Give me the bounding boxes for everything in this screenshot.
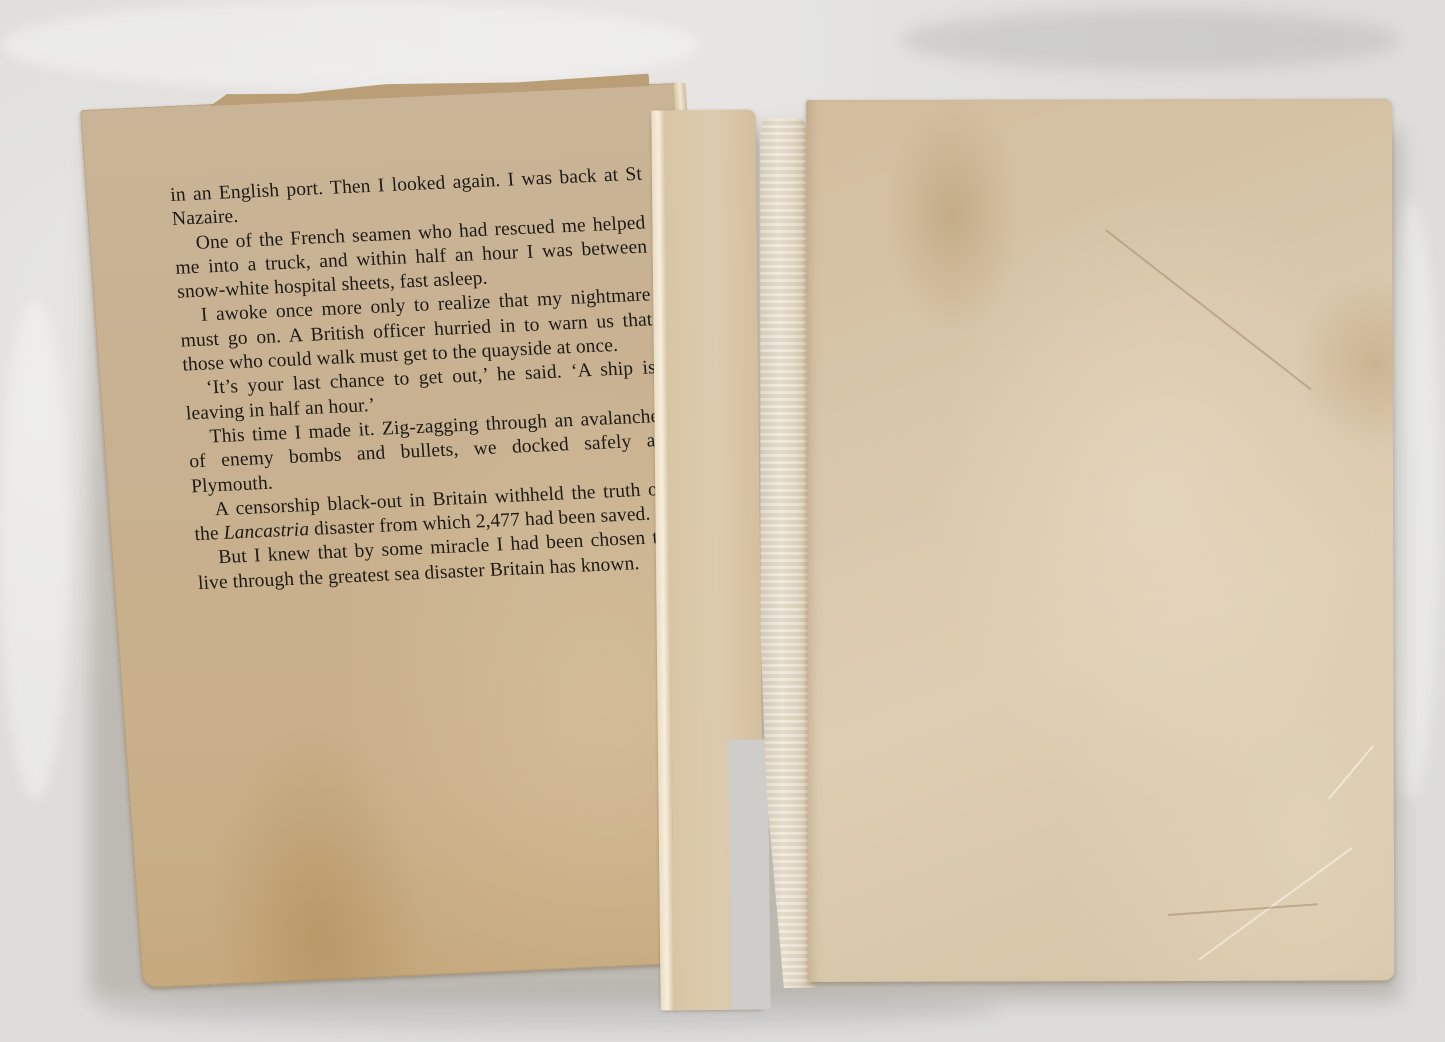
ship-name: Lancastria xyxy=(223,519,310,544)
cloth-highlight xyxy=(0,300,70,800)
crease-line xyxy=(1198,847,1352,960)
back-cover: in an English port. Then I looked again.… xyxy=(80,83,742,988)
crease-line xyxy=(1168,903,1318,915)
front-cover-inside xyxy=(806,98,1394,982)
crease-line xyxy=(1105,229,1311,390)
cloth-highlight xyxy=(0,0,700,90)
crease-line xyxy=(1328,745,1374,800)
cloth-shadow xyxy=(900,10,1400,70)
spine-panel xyxy=(651,109,764,1010)
spine-tear-gap xyxy=(728,739,771,1009)
blurb-text: in an English port. Then I looked again.… xyxy=(169,163,670,597)
